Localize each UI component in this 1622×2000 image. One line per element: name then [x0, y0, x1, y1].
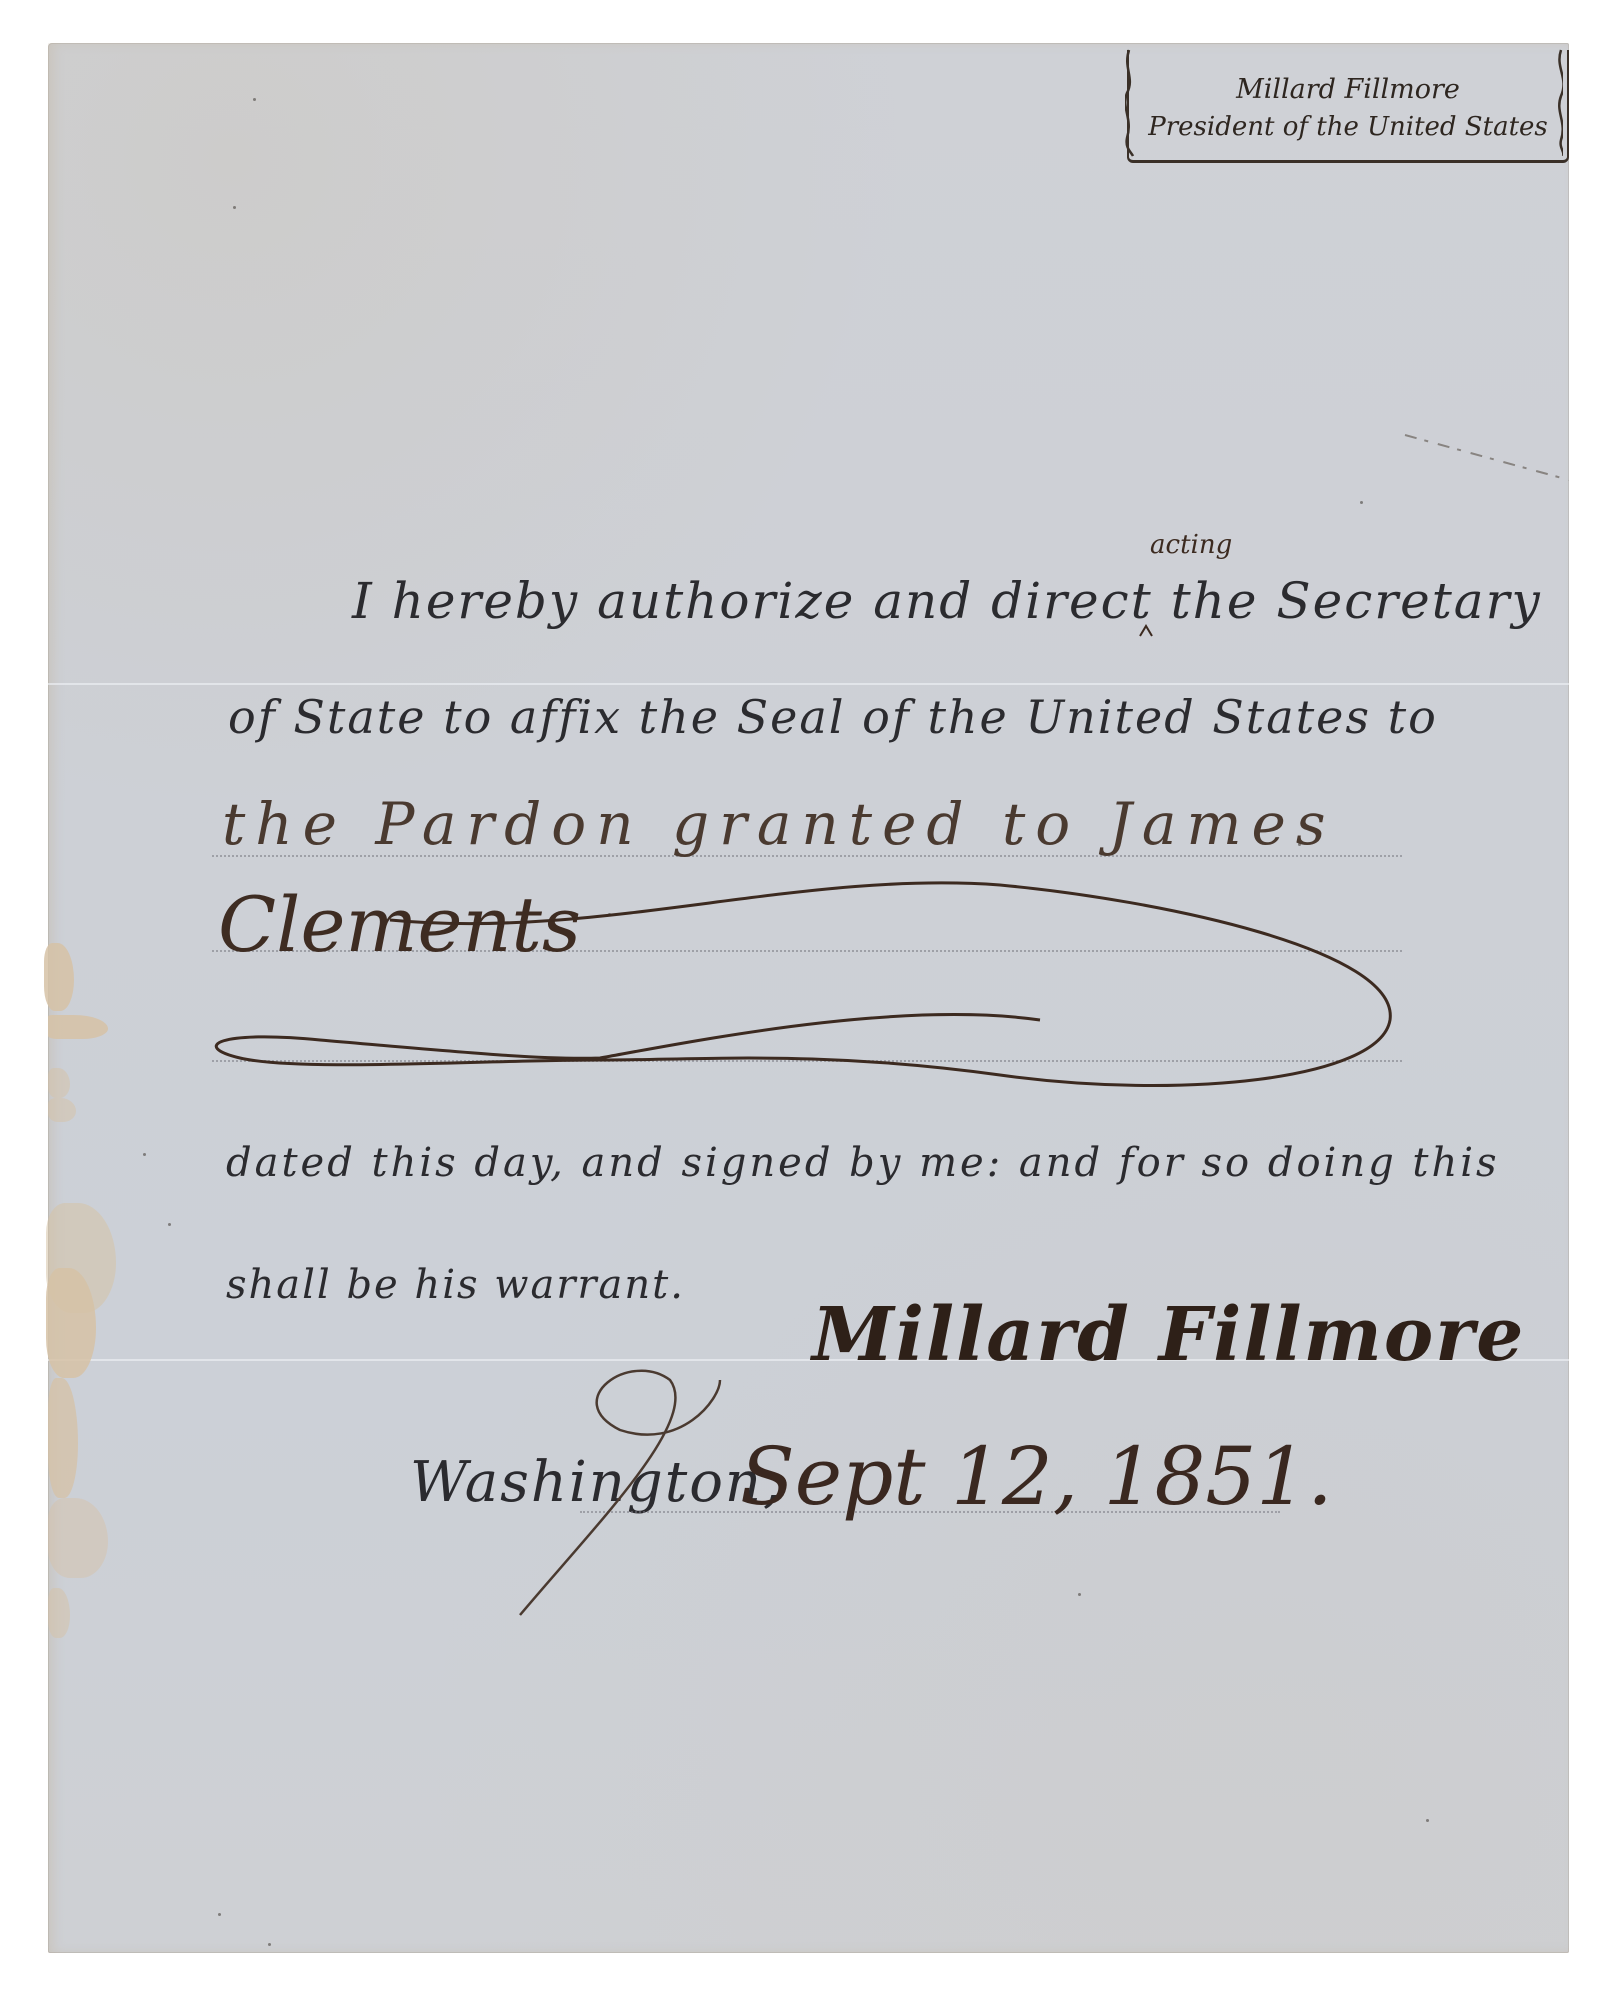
date-flourish — [0, 0, 1622, 2000]
